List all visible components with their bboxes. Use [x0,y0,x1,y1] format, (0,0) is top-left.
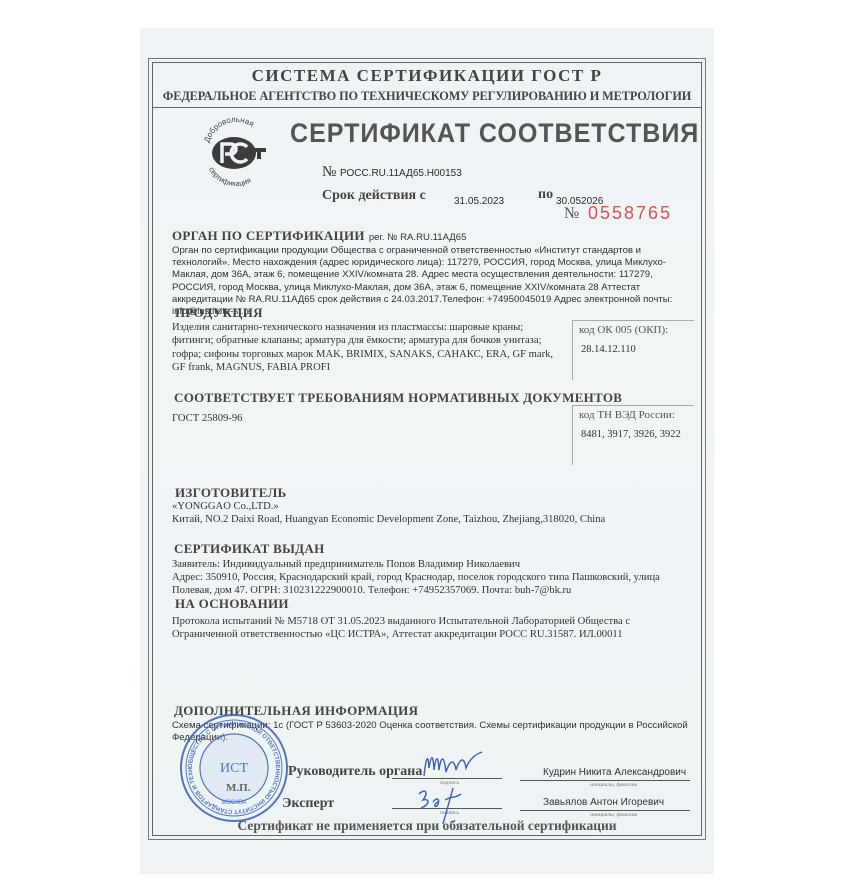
certificate-title: СЕРТИФИКАТ СООТВЕТСТВИЯ [290,118,699,149]
tnved-code-value: 8481, 3917, 3926, 3922 [581,429,694,440]
svg-text:ИСТ: ИСТ [220,761,248,776]
tnved-code-box: код ТН ВЭД России: 8481, 3917, 3926, 392… [572,405,694,465]
conformity-standard: ГОСТ 25809-96 [172,412,242,425]
conformity-heading: СООТВЕТСТВУЕТ ТРЕБОВАНИЯМ НОРМАТИВНЫХ ДО… [174,390,622,406]
certification-body-heading-row: ОРГАН ПО СЕРТИФИКАЦИИ рег. № RA.RU.11АД6… [172,227,466,245]
issued-to-heading: СЕРТИФИКАТ ВЫДАН [174,541,325,557]
certification-body-reg: рег. № RA.RU.11АД65 [369,232,467,243]
manufacturer-heading: ИЗГОТОВИТЕЛЬ [175,485,286,501]
serial-number: 0558765 [588,203,672,224]
svg-text:сертификация: сертификация [207,165,252,188]
certification-body-heading: ОРГАН ПО СЕРТИФИКАЦИИ [172,228,365,243]
svg-text:МОСКВА: МОСКВА [221,800,246,806]
okp-code-label: код ОК 005 (ОКП): [579,324,694,336]
certificate-number: РОСС.RU.11АД65.Н00153 [340,168,462,179]
okp-code-box: код ОК 005 (ОКП): 28.14.12.110 [572,320,694,380]
agency-name: ФЕДЕРАЛЬНОЕ АГЕНТСТВО ПО ТЕХНИЧЕСКОМУ РЕ… [152,89,702,104]
head-name: Кудрин Никита Александрович [543,767,686,778]
manufacturer-name: «YONGGAO Co.,LTD.» [172,500,279,513]
valid-from: 31.05.2023 [454,196,504,207]
applicant-address: Адрес: 350910, Россия, Краснодарский кра… [172,571,697,598]
basis-text: Протокола испытаний № М5718 ОТ 31.05.202… [172,615,697,642]
serial-label: № [564,205,579,223]
validity-label: Срок действия с [322,188,426,204]
okp-code-value: 28.14.12.110 [581,344,694,355]
tnved-code-label: код ТН ВЭД России: [579,409,694,421]
expert-label: Эксперт [282,796,334,812]
product-heading: ПРОДУКЦИЯ [175,305,263,321]
official-stamp-icon: ОБЩЕСТВО С ОГРАНИЧЕННОЙ ОТВЕТСТВЕННОСТЬЮ… [178,712,290,824]
expert-name-line [520,810,690,811]
basis-heading: НА ОСНОВАНИИ [175,596,289,612]
stamp-place-label: М.П. [226,782,250,794]
header-divider [152,107,702,108]
manufacturer-address: Китай, NO.2 Daixi Road, Huangyan Economi… [172,513,605,526]
valid-to-label: по [538,187,553,203]
expert-name: Завьялов Антон Игоревич [543,797,664,808]
head-name-line [520,780,690,781]
system-title: СИСТЕМА СЕРТИФИКАЦИИ ГОСТ Р [152,66,702,86]
product-text: Изделия санитарно-технического назначени… [172,321,564,375]
footer-note: Сертификат не применяется при обязательн… [152,818,702,834]
rst-logo-icon: Добровольная сертификация [198,112,274,188]
head-name-caption: инициалы, фамилия [590,782,637,788]
number-label: № [322,164,336,181]
applicant: Заявитель: Индивидуальный предпринимател… [172,558,520,571]
head-signature-icon [420,748,492,780]
